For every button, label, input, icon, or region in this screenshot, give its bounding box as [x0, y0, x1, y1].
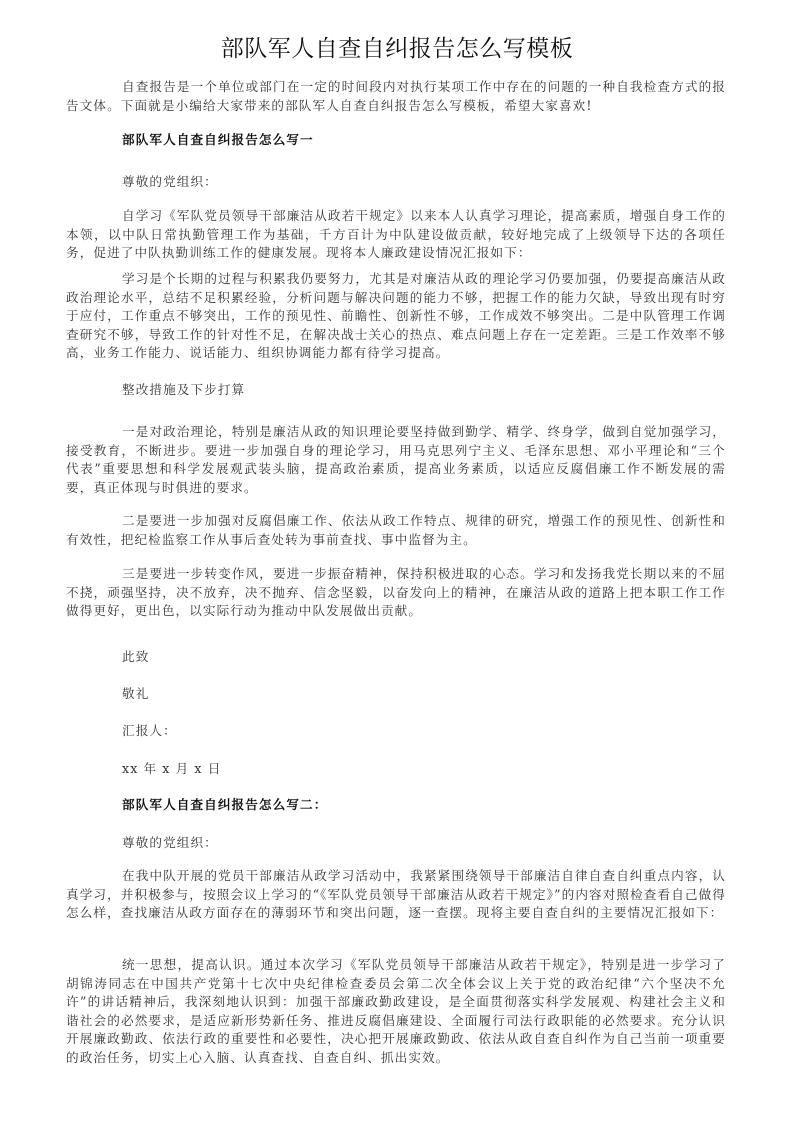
intro-paragraph: 自查报告是一个单位或部门在一定的时间段内对执行某项工作中存在的问题的一种自我检查… [66, 78, 726, 115]
document-title: 部队军人自查自纠报告怎么写模板 [0, 30, 794, 63]
measure-paragraph: 三是要进一步转变作风，要进一步振奋精神，保持积极进取的心态。学习和发扬我党长期以… [66, 565, 726, 621]
body-paragraph: 学习是个长期的过程与积累我仍要努力，尤其是对廉洁从政的理论学习仍要加强，仍要提高… [66, 270, 726, 363]
reporter-line: 汇报人： [122, 722, 177, 741]
body-paragraph: 自学习《军队党员领导干部廉洁从政若干规定》以来本人认真学习理论，提高素质，增强自… [66, 207, 726, 263]
salutation: 尊敬的党组织： [122, 173, 218, 192]
date-line: xx 年 x 月 x 日 [122, 760, 221, 779]
body-paragraph: 在我中队开展的党员干部廉洁从政学习活动中，我紧紧围绕领导干部廉洁自律自查自纠重点… [66, 867, 726, 923]
closing-line: 敬礼 [122, 685, 149, 704]
measure-paragraph: 一是对政治理论，特别是廉洁从政的知识理论要坚持做到勤学、精学、终身学，做到自觉加… [66, 423, 726, 497]
body-paragraph: 统一思想，提高认识。通过本次学习《军队党员领导干部廉洁从政若干规定》，特别是进一… [66, 956, 726, 1068]
section-heading-1: 部队军人自查自纠报告怎么写一 [122, 131, 314, 150]
measure-paragraph: 二是要进一步加强对反腐倡廉工作、依法从政工作特点、规律的研究，增强工作的预见性、… [66, 512, 726, 549]
closing-line: 此致 [122, 648, 149, 667]
subheading: 整改措施及下步打算 [122, 381, 245, 400]
salutation: 尊敬的党组织： [122, 834, 218, 853]
section-heading-2: 部队军人自查自纠报告怎么写二： [122, 796, 327, 815]
